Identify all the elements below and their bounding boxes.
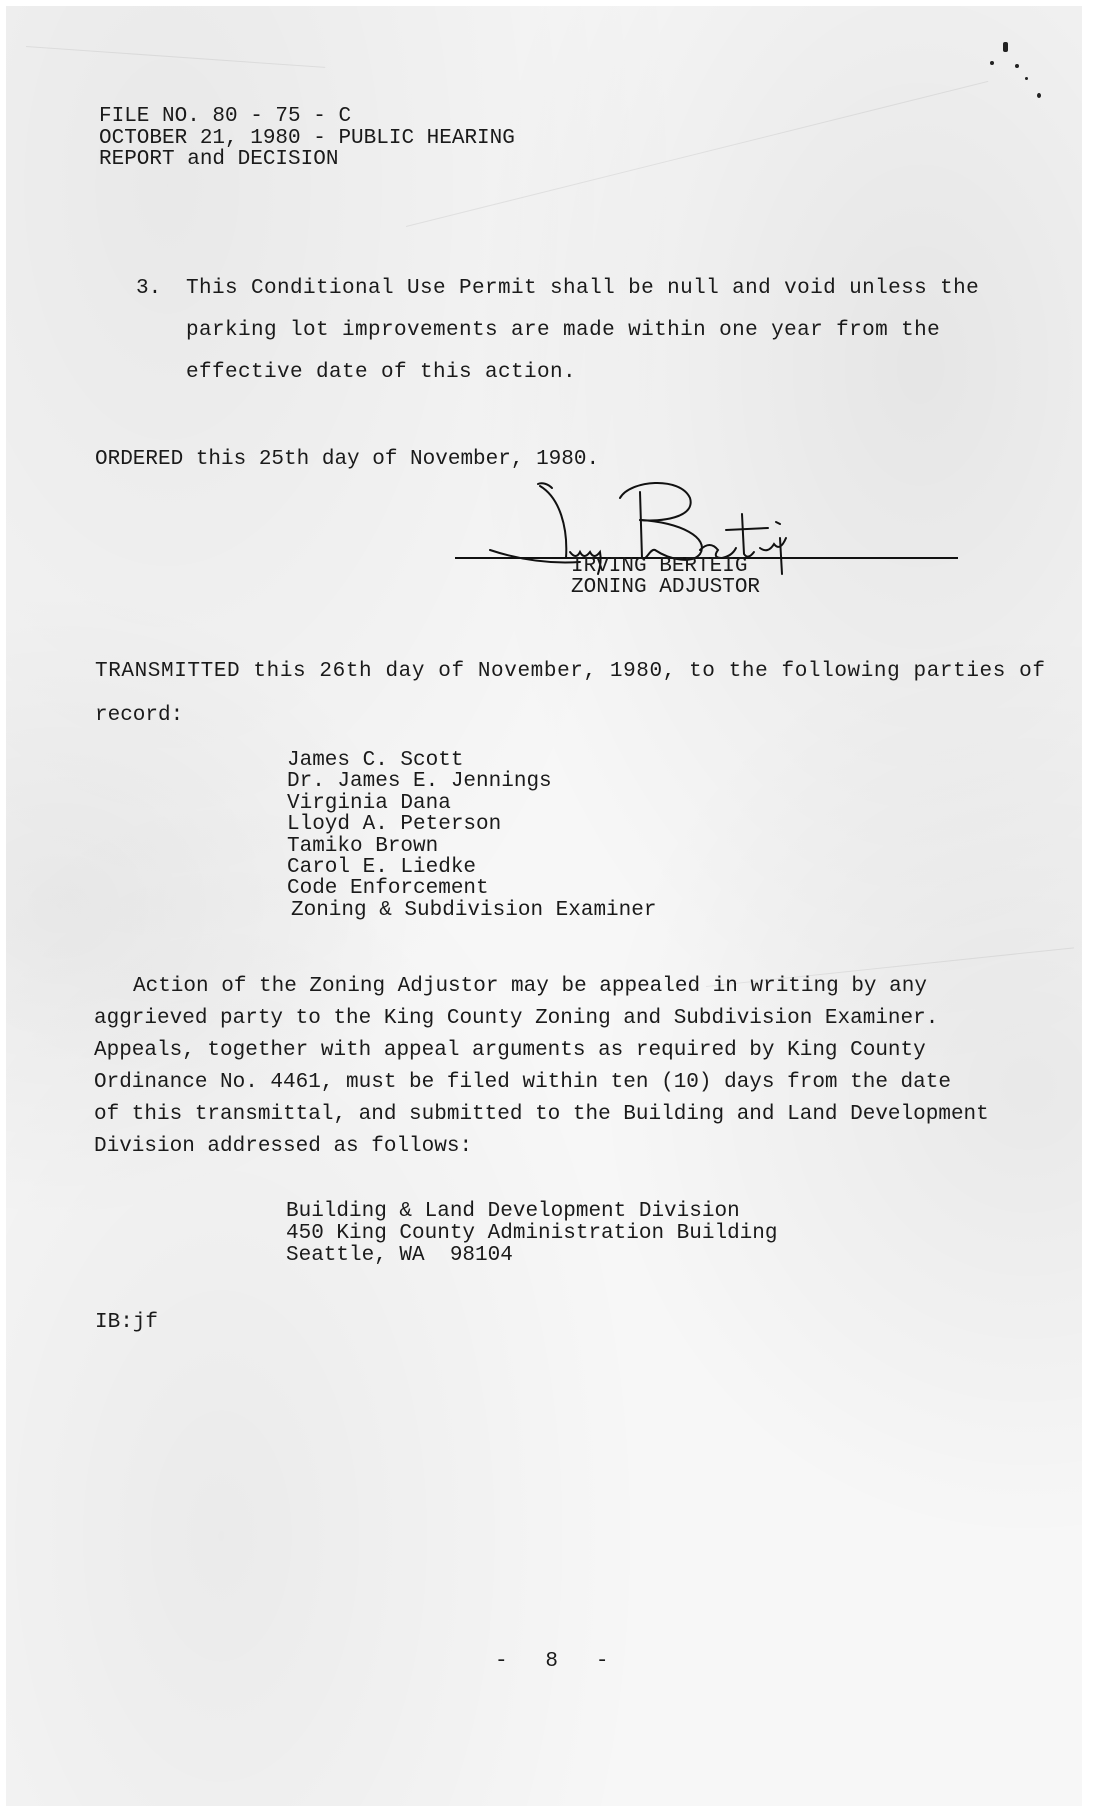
appeal-line: Ordinance No. 4461, must be filed within… xyxy=(94,1072,951,1093)
party-item: Virginia Dana xyxy=(287,793,652,814)
party-item: Tamiko Brown xyxy=(287,836,652,857)
condition-number: 3. xyxy=(136,278,161,299)
party-item: Carol E. Liedke xyxy=(287,857,652,878)
ink-speck xyxy=(1015,64,1019,68)
paper-crease xyxy=(406,81,988,227)
party-item: Code Enforcement xyxy=(287,878,652,899)
condition-line: parking lot improvements are made within… xyxy=(186,320,940,341)
condition-line: effective date of this action. xyxy=(186,362,576,383)
party-item: Zoning & Subdivision Examiner xyxy=(291,900,656,921)
ink-speck xyxy=(1025,77,1028,80)
signer-name: IRVING BERTEIG xyxy=(571,556,747,577)
typist-initials: IB:jf xyxy=(95,1312,158,1333)
signer-title: ZONING ADJUSTOR xyxy=(571,577,760,598)
address-line: Building & Land Development Division xyxy=(286,1201,740,1222)
appeal-line: Appeals, together with appeal arguments … xyxy=(94,1040,926,1061)
appeal-line: of this transmittal, and submitted to th… xyxy=(94,1104,989,1125)
address-line: 450 King County Administration Building xyxy=(286,1223,777,1244)
parties-list: James C. Scott Dr. James E. Jennings Vir… xyxy=(287,750,652,921)
page-number: - 8 - xyxy=(495,1651,608,1672)
appeal-line: Action of the Zoning Adjustor may be app… xyxy=(133,976,927,997)
party-item: James C. Scott xyxy=(287,750,652,771)
transmitted-statement: TRANSMITTED this 26th day of November, 1… xyxy=(95,661,1046,682)
transmitted-statement-cont: record: xyxy=(95,705,183,726)
hearing-date: OCTOBER 21, 1980 - PUBLIC HEARING xyxy=(99,128,515,149)
address-line: Seattle, WA 98104 xyxy=(286,1245,513,1266)
ink-speck xyxy=(990,61,994,65)
report-title: REPORT and DECISION xyxy=(99,149,338,170)
party-item: Lloyd A. Peterson xyxy=(287,814,652,835)
party-item: Dr. James E. Jennings xyxy=(287,771,652,792)
appeal-line: Division addressed as follows: xyxy=(94,1136,472,1157)
file-number: FILE NO. 80 - 75 - C xyxy=(99,106,351,127)
paper-crease xyxy=(26,46,325,68)
ink-speck xyxy=(1003,42,1008,52)
ink-speck xyxy=(1037,93,1041,98)
appeal-line: aggrieved party to the King County Zonin… xyxy=(94,1008,938,1029)
condition-line: This Conditional Use Permit shall be nul… xyxy=(186,278,979,299)
ordered-statement: ORDERED this 25th day of November, 1980. xyxy=(95,449,599,470)
